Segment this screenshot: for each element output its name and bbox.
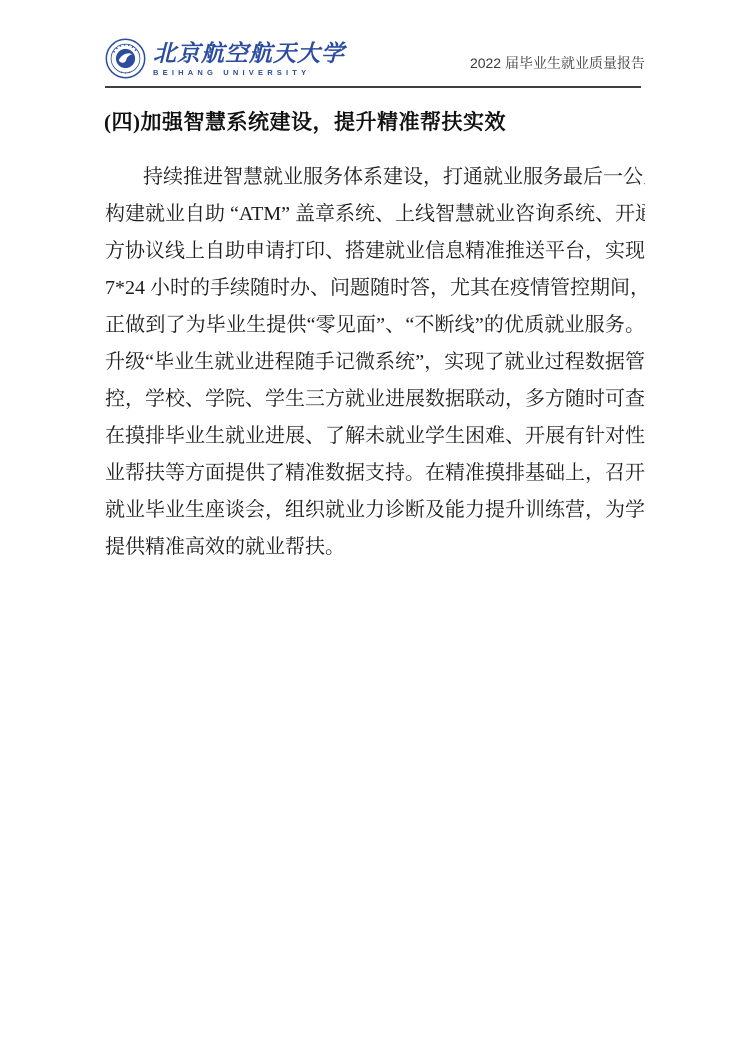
paragraph-line: 持续推进智慧就业服务体系建设，打通就业服务最后一公里， <box>105 159 645 196</box>
paragraph-line: 在摸排毕业生就业进展、了解未就业学生困难、开展有针对性就 <box>105 418 645 455</box>
page-header: 北京航空航天大学 BEIHANG UNIVERSITY 2022 届毕业生就业质… <box>105 38 645 79</box>
body-paragraph: 持续推进智慧就业服务体系建设，打通就业服务最后一公里， 构建就业自助 “ATM”… <box>105 159 645 566</box>
paragraph-line: 升级“毕业生就业进程随手记微系统”，实现了就业过程数据管 <box>105 344 645 381</box>
section-heading: (四)加强智慧系统建设，提升精准帮扶实效 <box>104 106 644 136</box>
paragraph-line: 方协议线上自助申请打印、搭建就业信息精准推送平台，实现 <box>105 233 645 270</box>
document-page: 北京航空航天大学 BEIHANG UNIVERSITY 2022 届毕业生就业质… <box>0 0 745 1053</box>
header-divider <box>105 86 641 88</box>
report-title: 2022 届毕业生就业质量报告 <box>470 53 645 79</box>
paragraph-line: 构建就业自助 “ATM” 盖章系统、上线智慧就业咨询系统、开通三 <box>105 196 645 233</box>
logo-wordmark-en: BEIHANG UNIVERSITY <box>153 68 345 77</box>
paragraph-line: 业帮扶等方面提供了精准数据支持。在精准摸排基础上，召开未 <box>105 455 645 492</box>
paragraph-line: 就业毕业生座谈会，组织就业力诊断及能力提升训练营，为学生 <box>105 492 645 529</box>
paragraph-line: 控，学校、学院、学生三方就业进展数据联动，多方随时可查， <box>105 381 645 418</box>
logo-wordmark: 北京航空航天大学 BEIHANG UNIVERSITY <box>153 41 345 77</box>
university-logo: 北京航空航天大学 BEIHANG UNIVERSITY <box>105 38 345 79</box>
logo-wordmark-cn: 北京航空航天大学 <box>153 41 345 66</box>
university-seal-icon <box>105 38 146 79</box>
paragraph-line: 提供精准高效的就业帮扶。 <box>105 529 645 566</box>
paragraph-line: 正做到了为毕业生提供“零见面”、“不断线”的优质就业服务。 <box>105 307 645 344</box>
paragraph-line: 7*24 小时的手续随时办、问题随时答，尤其在疫情管控期间，真 <box>105 270 645 307</box>
